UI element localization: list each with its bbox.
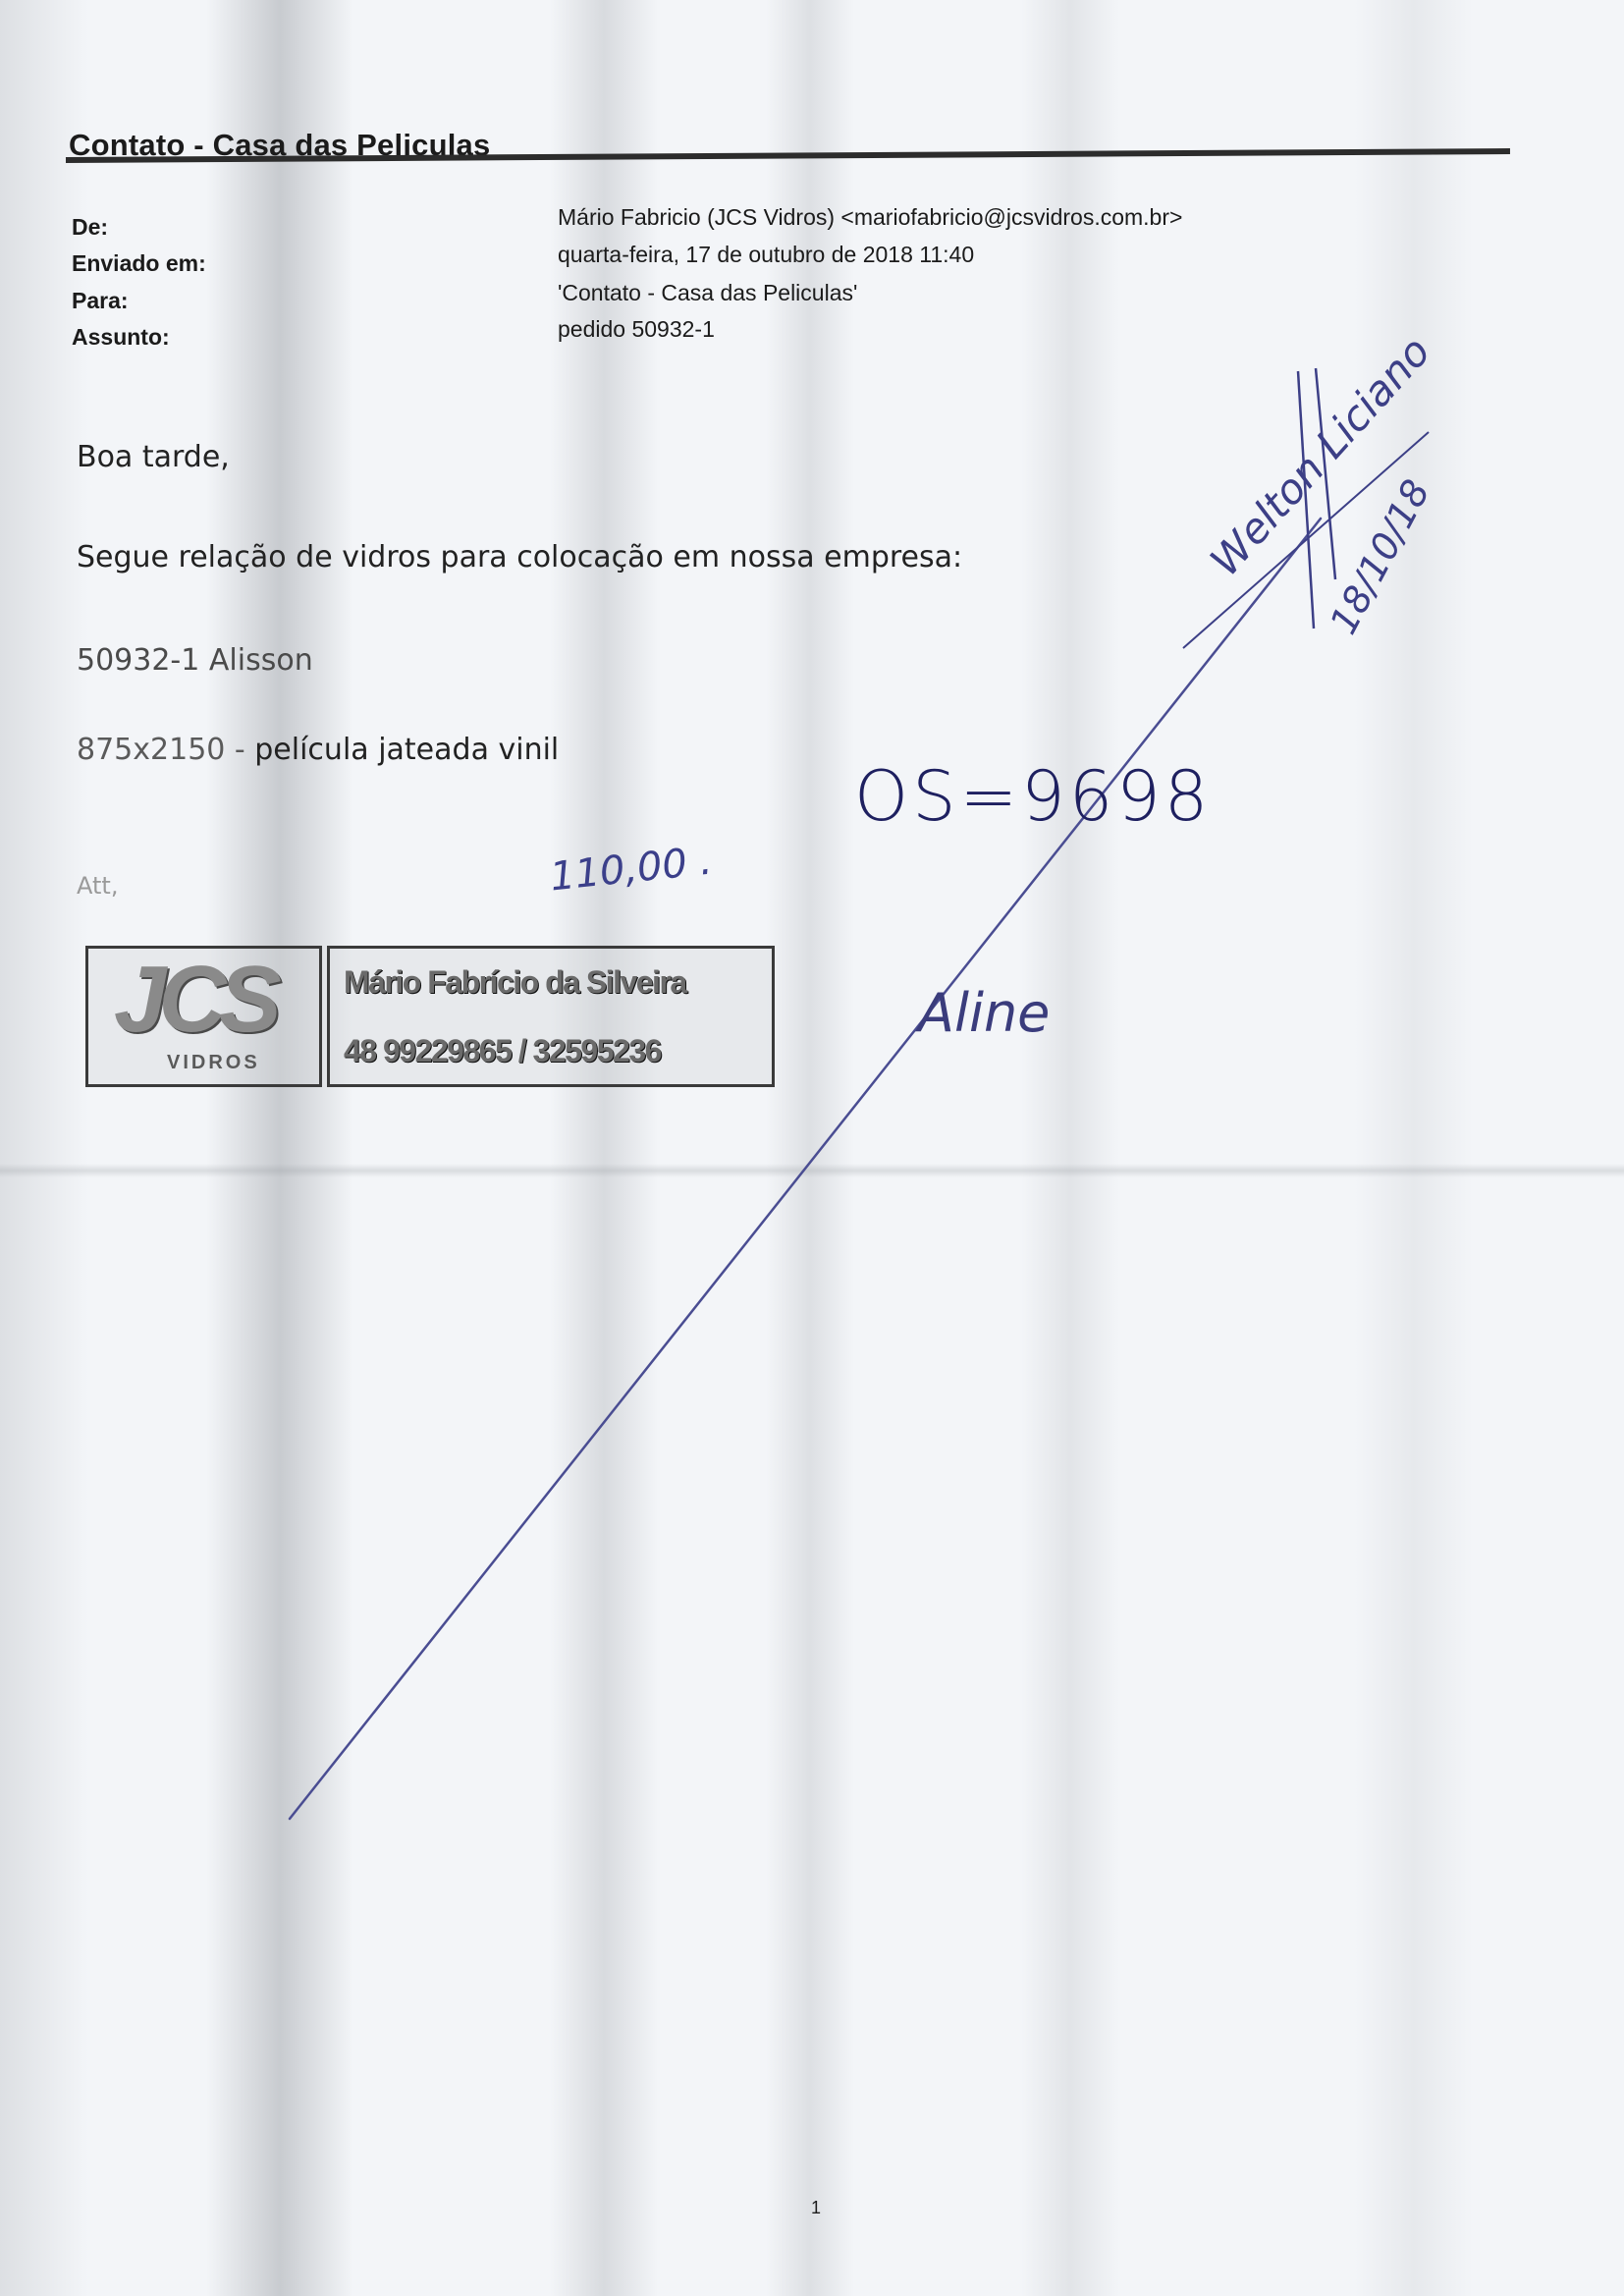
handwritten-order-service: OS=9698 bbox=[854, 756, 1212, 837]
handwritten-strike-line bbox=[0, 0, 1624, 2296]
page-number: 1 bbox=[811, 2198, 821, 2218]
handwritten-name: Aline bbox=[918, 982, 1050, 1044]
